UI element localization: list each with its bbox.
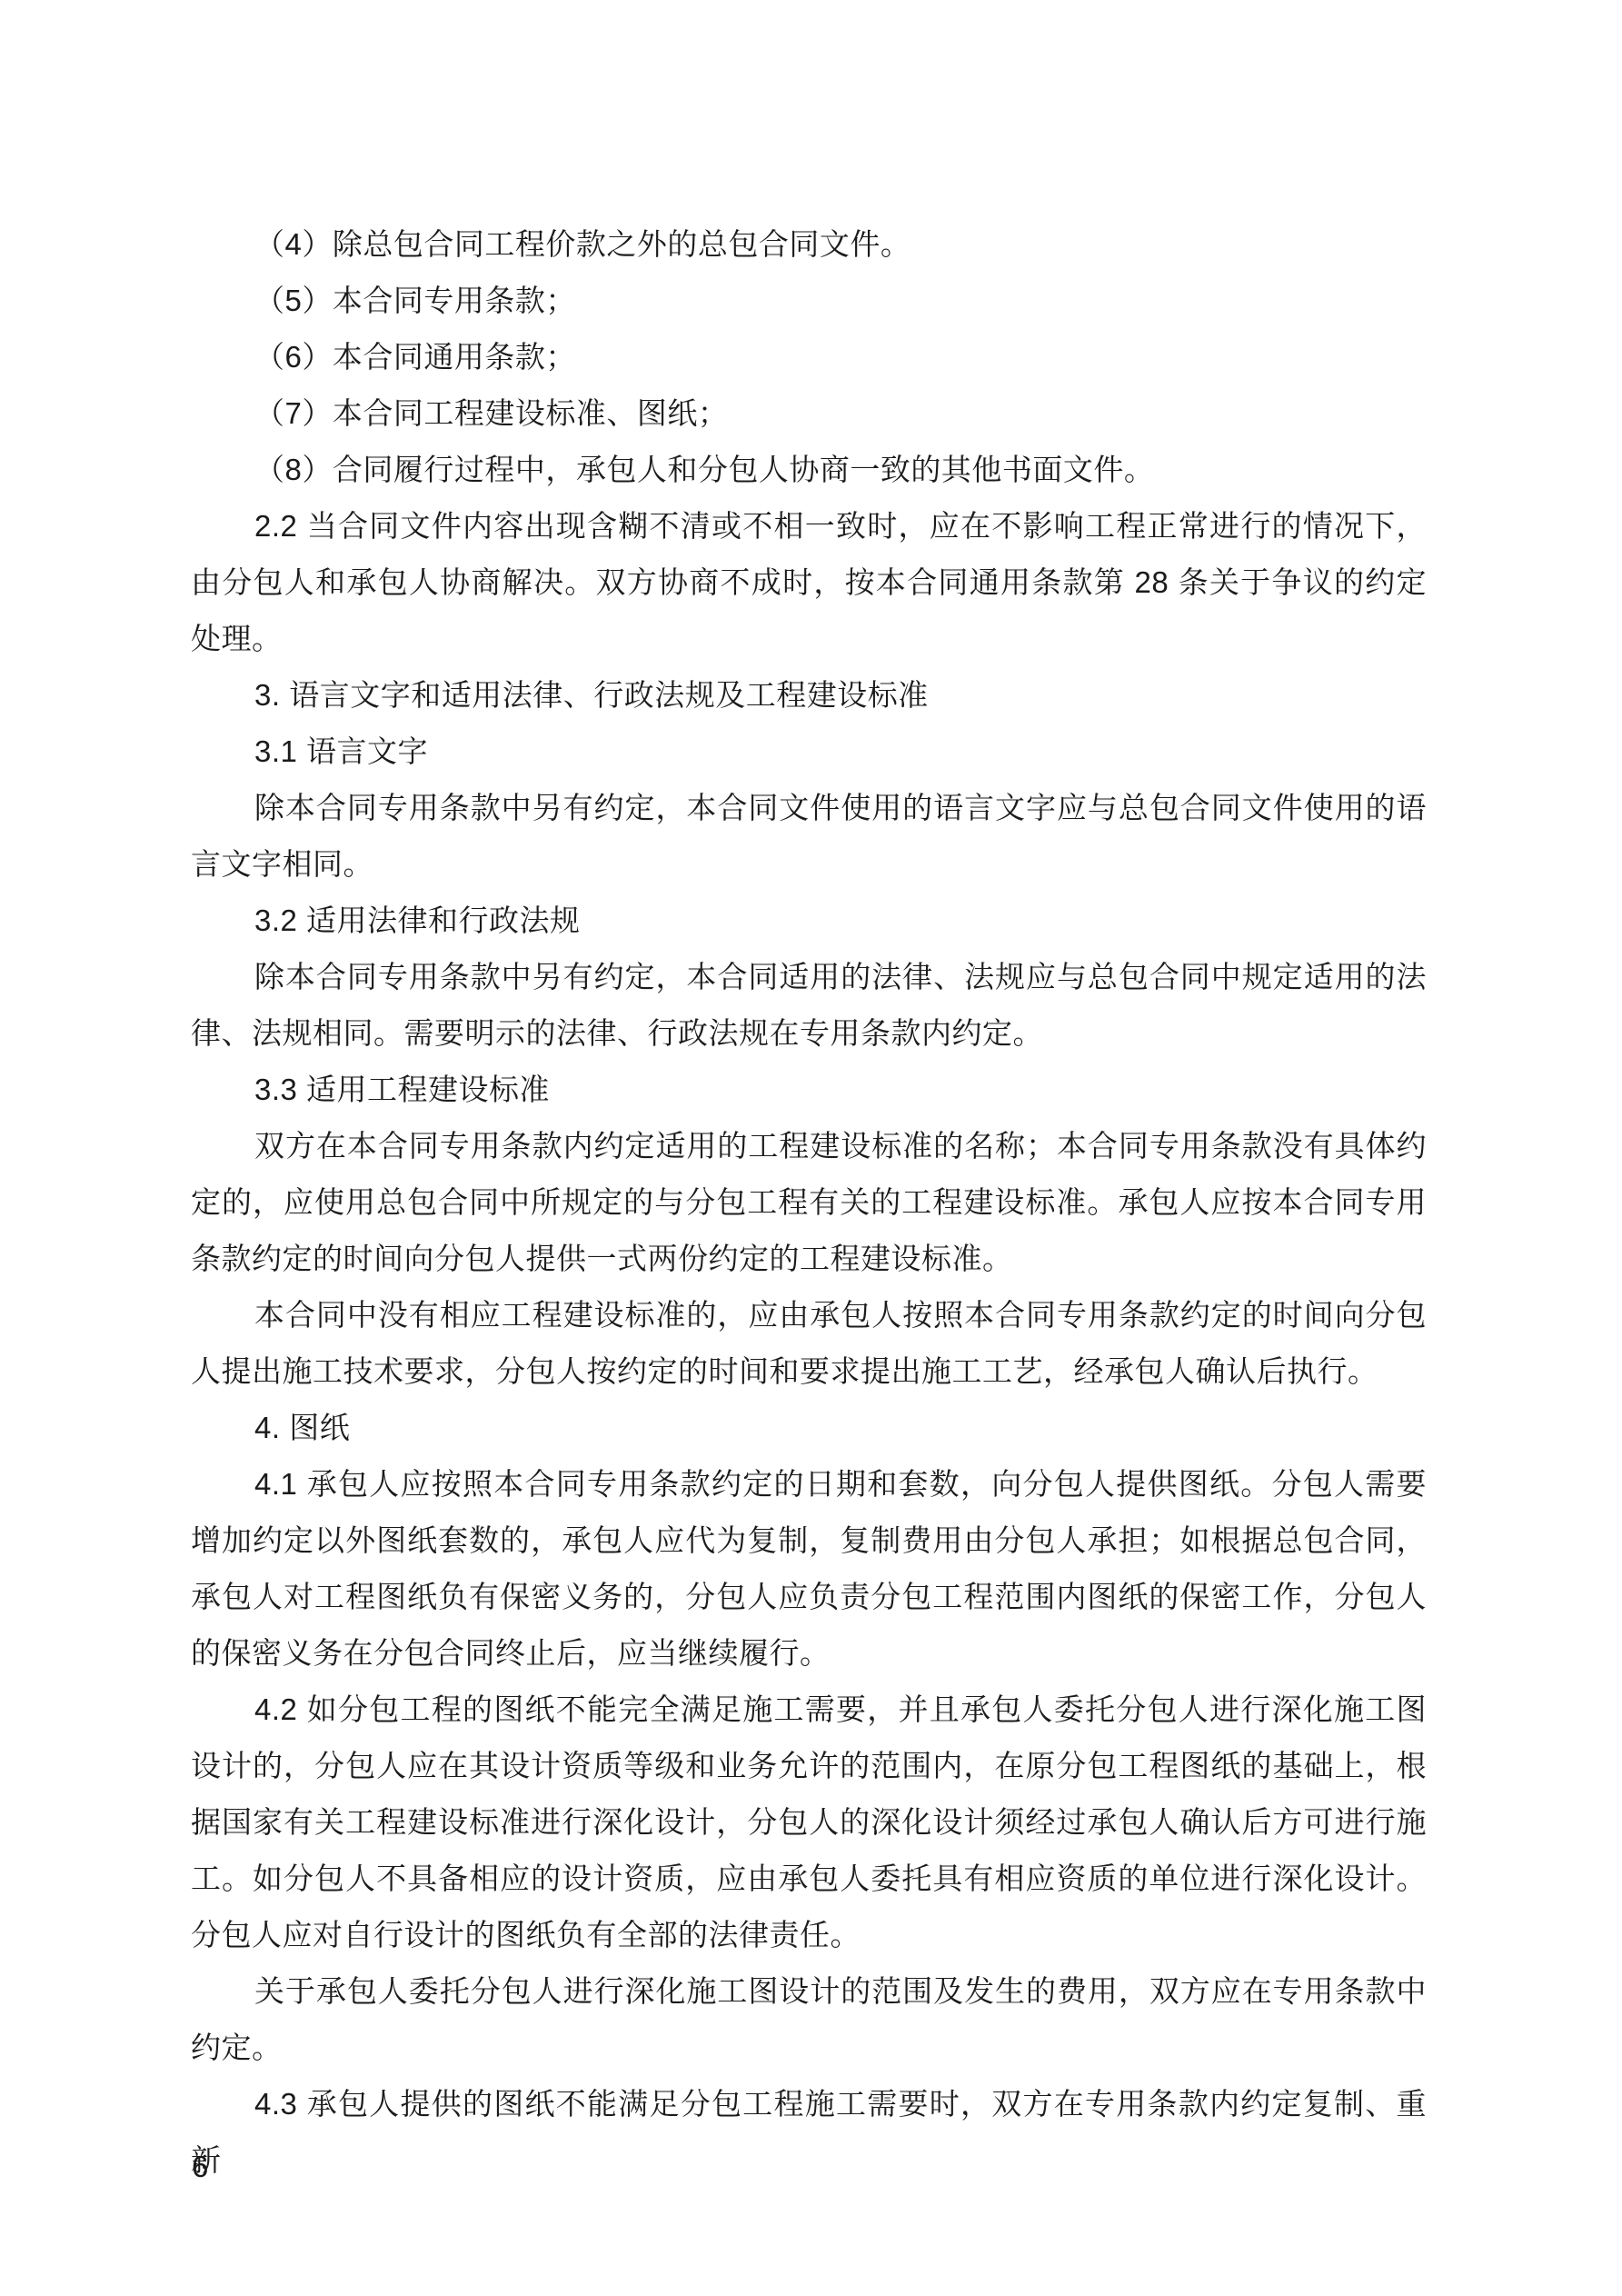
- body-paragraph: 4.2 如分包工程的图纸不能完全满足施工需要，并且承包人委托分包人进行深化施工图…: [191, 1682, 1427, 1963]
- document-page: （4）除总包合同工程价款之外的总包合同文件。（5）本合同专用条款；（6）本合同通…: [0, 0, 1622, 2296]
- clause-list-item: （6）本合同通用条款；: [191, 329, 1427, 385]
- body-paragraph: 4.3 承包人提供的图纸不能满足分包工程施工需要时，双方在专用条款内约定复制、重…: [191, 2076, 1427, 2189]
- clause-list-item: （5）本合同专用条款；: [191, 273, 1427, 329]
- body-paragraph: 除本合同专用条款中另有约定，本合同文件使用的语言文字应与总包合同文件使用的语言文…: [191, 780, 1427, 893]
- section-heading: 4. 图纸: [191, 1400, 1427, 1456]
- subsection-heading: 3.2 适用法律和行政法规: [191, 893, 1427, 949]
- clause-list-item: （8）合同履行过程中，承包人和分包人协商一致的其他书面文件。: [191, 442, 1427, 498]
- body-paragraph: 关于承包人委托分包人进行深化施工图设计的范围及发生的费用，双方应在专用条款中约定…: [191, 1963, 1427, 2076]
- body-paragraph: 4.1 承包人应按照本合同专用条款约定的日期和套数，向分包人提供图纸。分包人需要…: [191, 1456, 1427, 1682]
- subsection-heading: 3.3 适用工程建设标准: [191, 1062, 1427, 1118]
- body-paragraph: 双方在本合同专用条款内约定适用的工程建设标准的名称；本合同专用条款没有具体约定的…: [191, 1118, 1427, 1287]
- section-heading: 3. 语言文字和适用法律、行政法规及工程建设标准: [191, 667, 1427, 724]
- document-body: （4）除总包合同工程价款之外的总包合同文件。（5）本合同专用条款；（6）本合同通…: [191, 216, 1427, 2189]
- body-paragraph: 2.2 当合同文件内容出现含糊不清或不相一致时，应在不影响工程正常进行的情况下，…: [191, 498, 1427, 667]
- clause-list-item: （4）除总包合同工程价款之外的总包合同文件。: [191, 216, 1427, 273]
- page-number: 6: [192, 2149, 208, 2185]
- subsection-heading: 3.1 语言文字: [191, 724, 1427, 780]
- body-paragraph: 除本合同专用条款中另有约定，本合同适用的法律、法规应与总包合同中规定适用的法律、…: [191, 949, 1427, 1062]
- body-paragraph: 本合同中没有相应工程建设标准的，应由承包人按照本合同专用条款约定的时间向分包人提…: [191, 1287, 1427, 1400]
- clause-list-item: （7）本合同工程建设标准、图纸；: [191, 385, 1427, 442]
